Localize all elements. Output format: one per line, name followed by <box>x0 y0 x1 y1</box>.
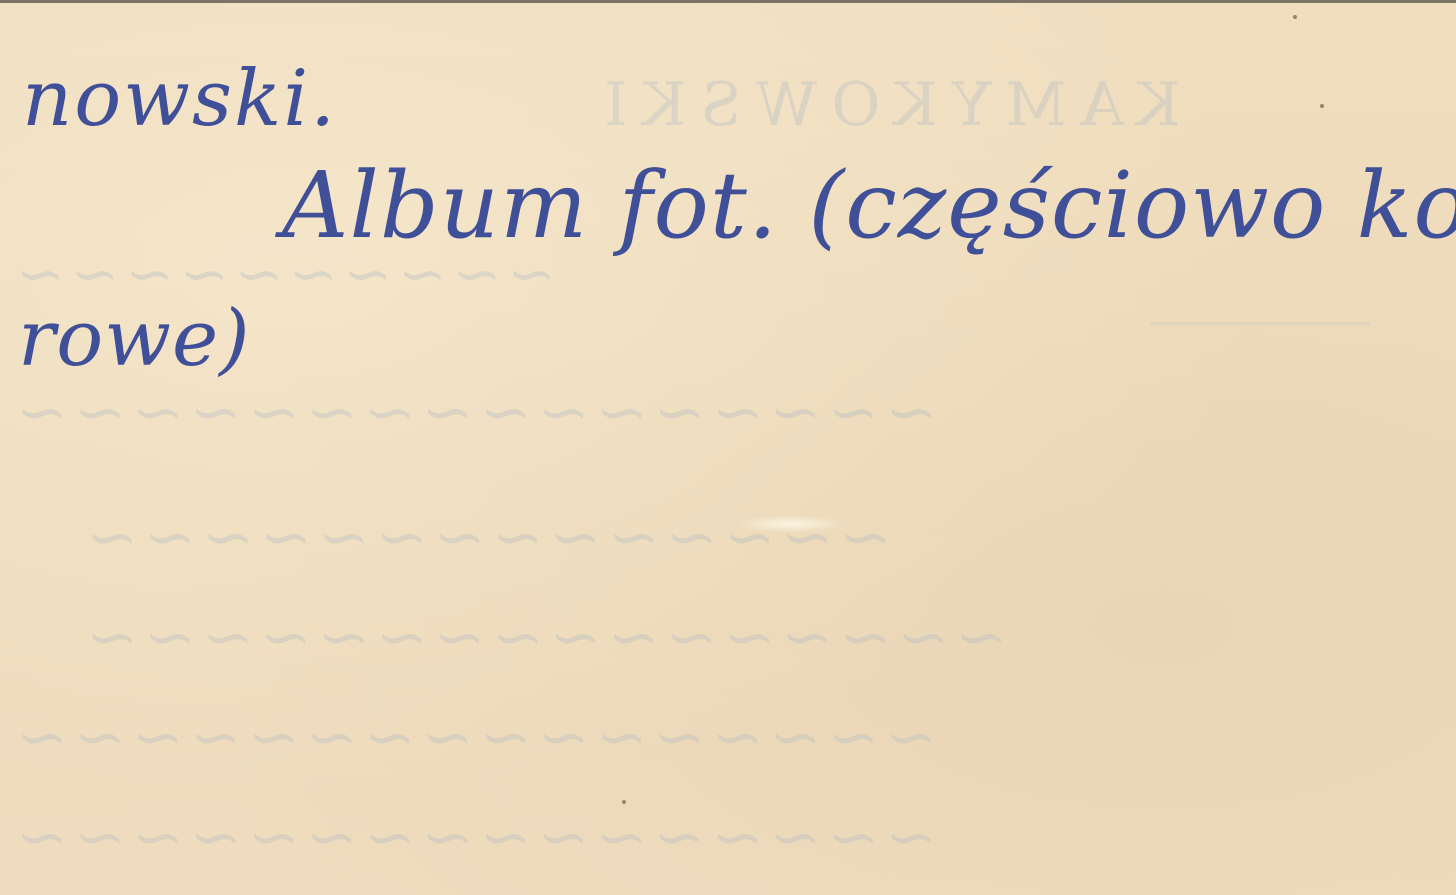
bleed-through-line: ~~~~~~~~~~~~~~~~ <box>10 700 937 773</box>
bleed-through-line: ~~~~~~~~~~~~~~~~ <box>80 600 1007 673</box>
paper-emboss-mark <box>735 515 845 533</box>
paper-speck <box>1320 104 1324 108</box>
handwritten-line-2: Album fot. (częściowo kolo- <box>282 160 1456 252</box>
catalog-card: KAMYKOWSKI ~~~~~~~~~~ ~~~~~~~~~~~~~~~~ ~… <box>0 0 1456 895</box>
handwritten-line-3: rowe) <box>18 300 251 378</box>
bleed-through-line: KAMYKOWSKI <box>590 70 1180 140</box>
paper-speck <box>1293 15 1297 19</box>
bleed-through-line: ~~~~~~~~~~~~~~~~ <box>10 800 937 873</box>
card-top-edge <box>0 0 1456 3</box>
bleed-through-line: ~~~~~~~~~~~~~~~~ <box>10 375 937 448</box>
handwritten-line-1: nowski. <box>22 60 337 138</box>
bleed-through-line: ~~~~~~~~~~~~~~ <box>80 500 891 573</box>
paper-speck <box>622 800 626 804</box>
bleed-through-underline <box>1150 322 1370 325</box>
